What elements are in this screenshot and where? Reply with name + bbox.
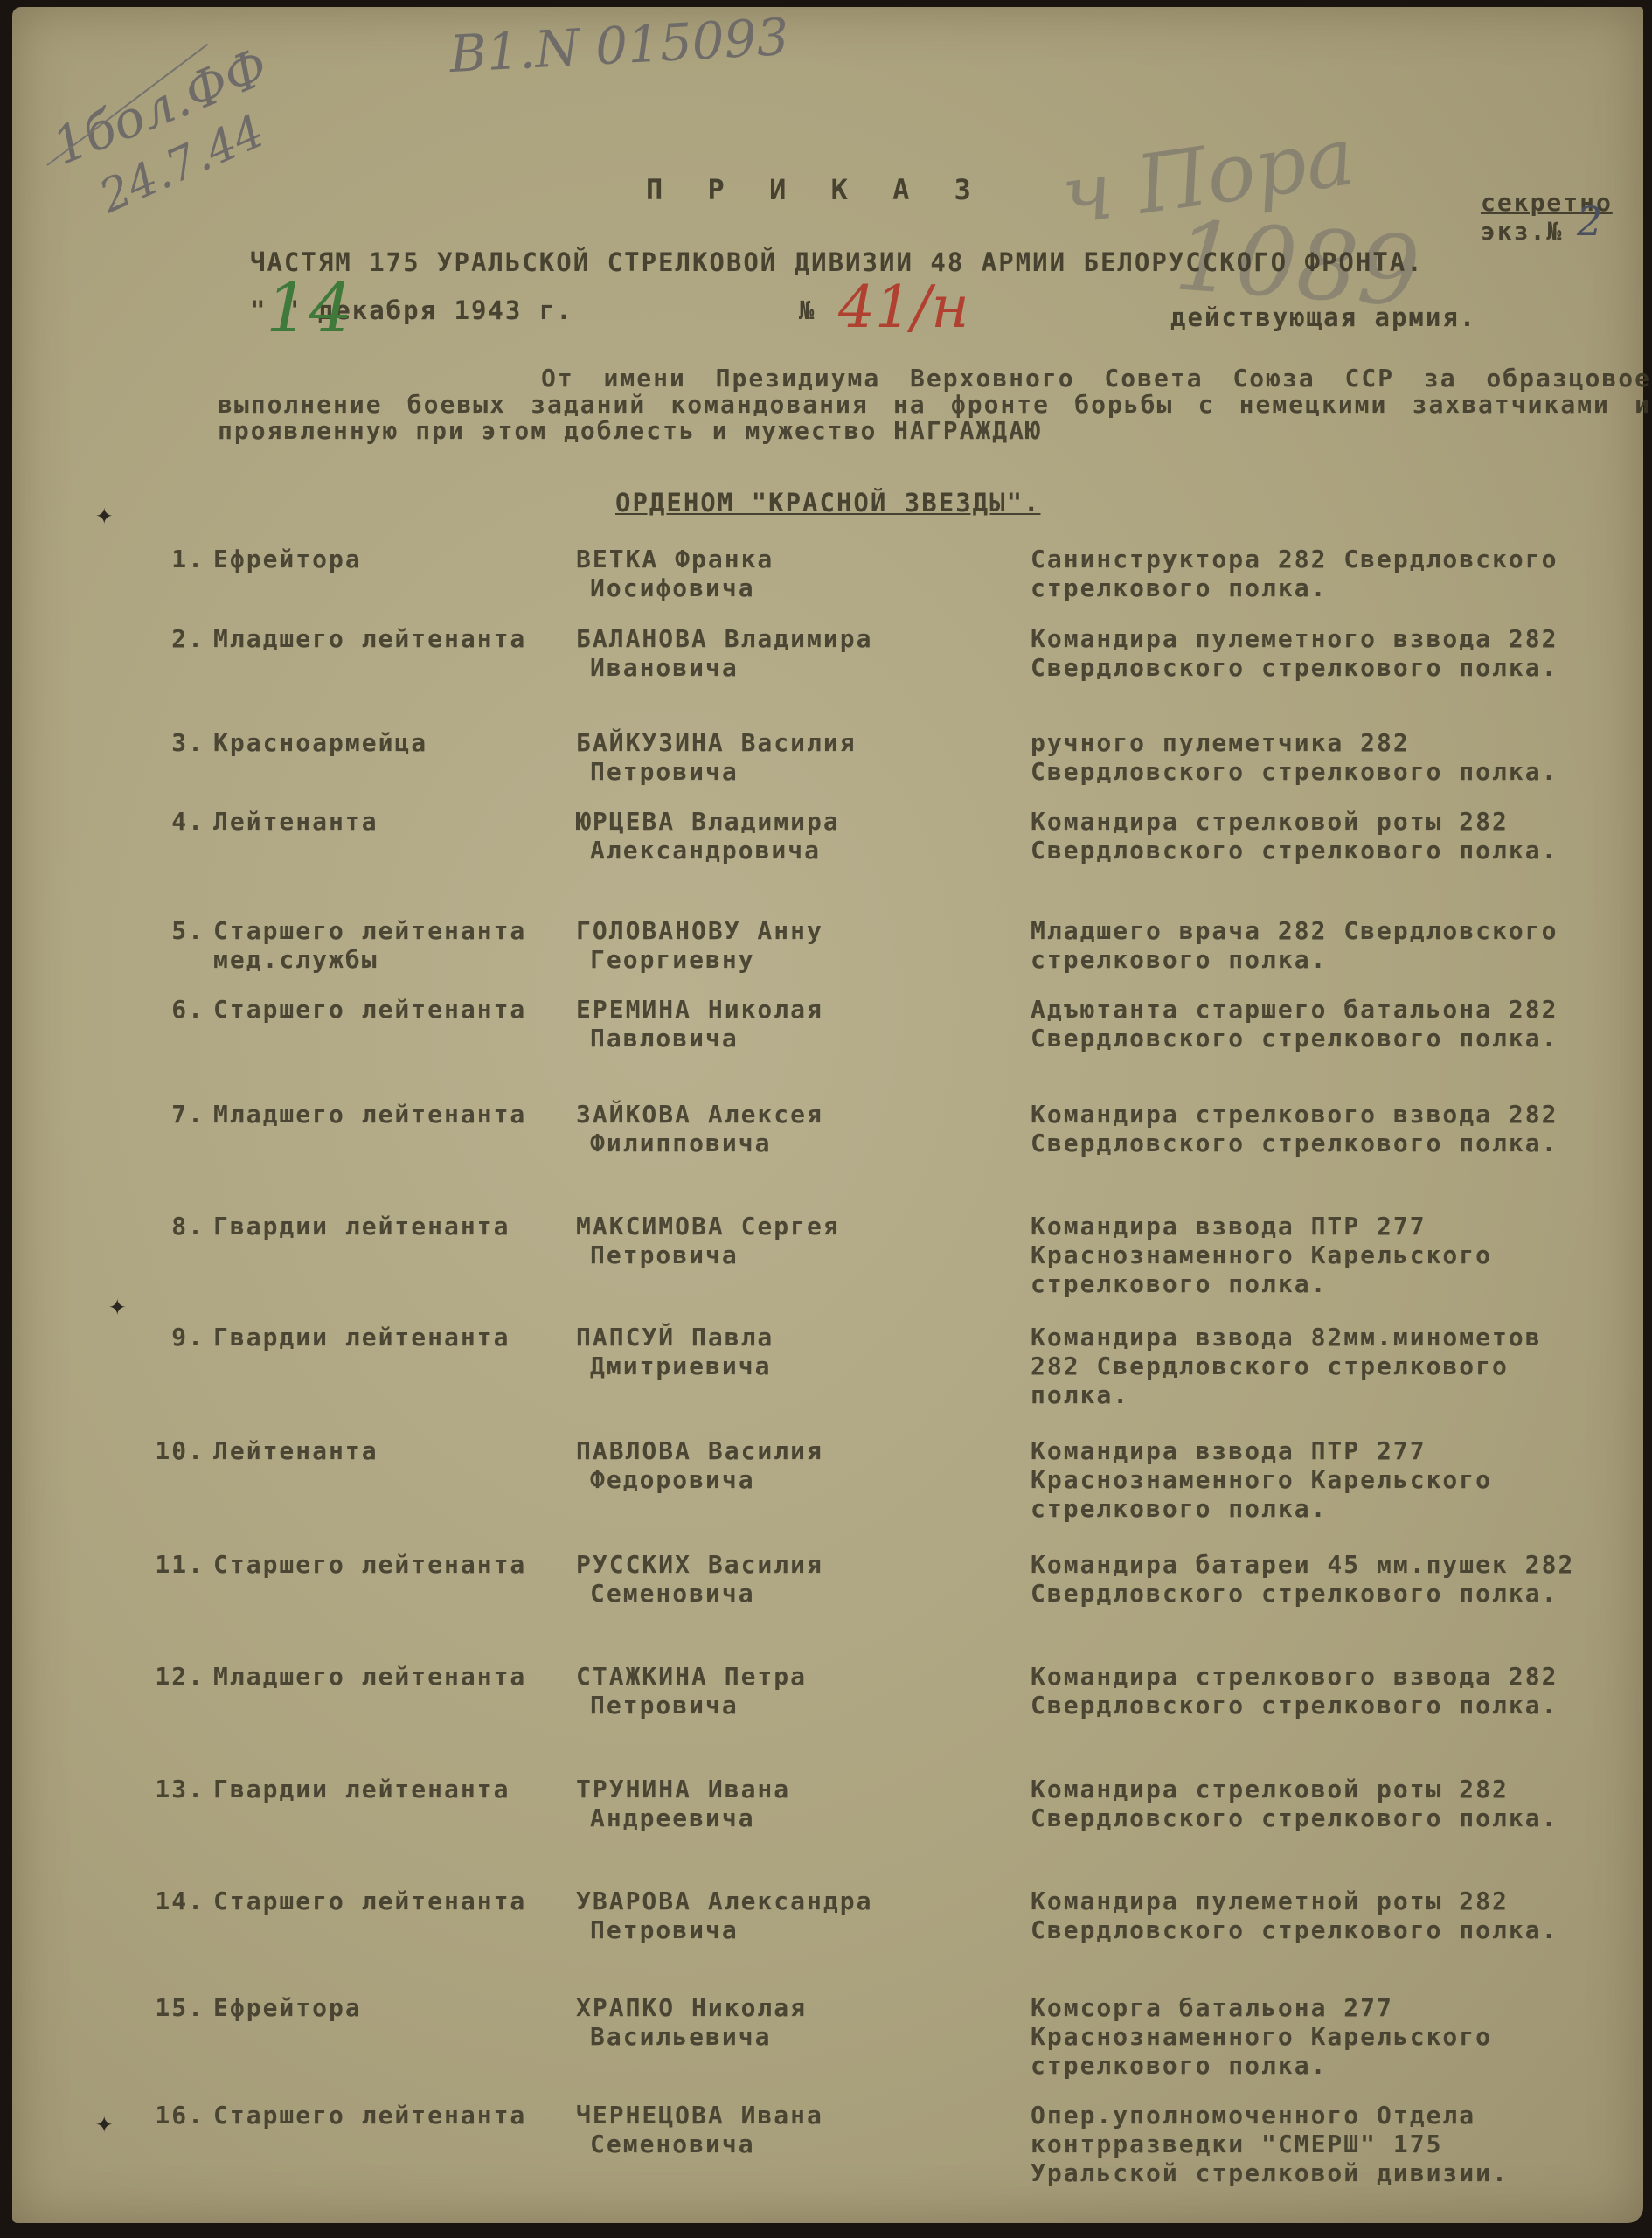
- copy-number-label: экз.№: [1481, 217, 1563, 246]
- archive-number: В1.N 015093: [448, 7, 790, 84]
- unit-line: ЧАСТЯМ 175 УРАЛЬСКОЙ СТРЕЛКОВОЙ ДИВИЗИИ …: [250, 247, 1424, 277]
- copy-number: 2: [1577, 198, 1602, 245]
- order-number: 41/н: [838, 274, 969, 341]
- hole-mark-icon: ✦: [108, 1288, 126, 1323]
- page-title: П Р И К А З: [646, 173, 985, 206]
- army-label: действующая армия.: [1170, 302, 1476, 332]
- preamble-text: От имени Президиума Верховного Совета Со…: [218, 365, 1651, 444]
- document-page: В1.N 015093 1бол.ФФ 24.7.44 П Р И К А З …: [12, 7, 1643, 2223]
- award-title: ОРДЕНОМ "КРАСНОЙ ЗВЕЗДЫ".: [615, 488, 1041, 518]
- order-date-day: 14: [266, 269, 352, 348]
- order-number-label: №: [799, 295, 816, 325]
- hole-mark-icon: ✦: [95, 2105, 113, 2140]
- hole-mark-icon: ✦: [95, 497, 113, 532]
